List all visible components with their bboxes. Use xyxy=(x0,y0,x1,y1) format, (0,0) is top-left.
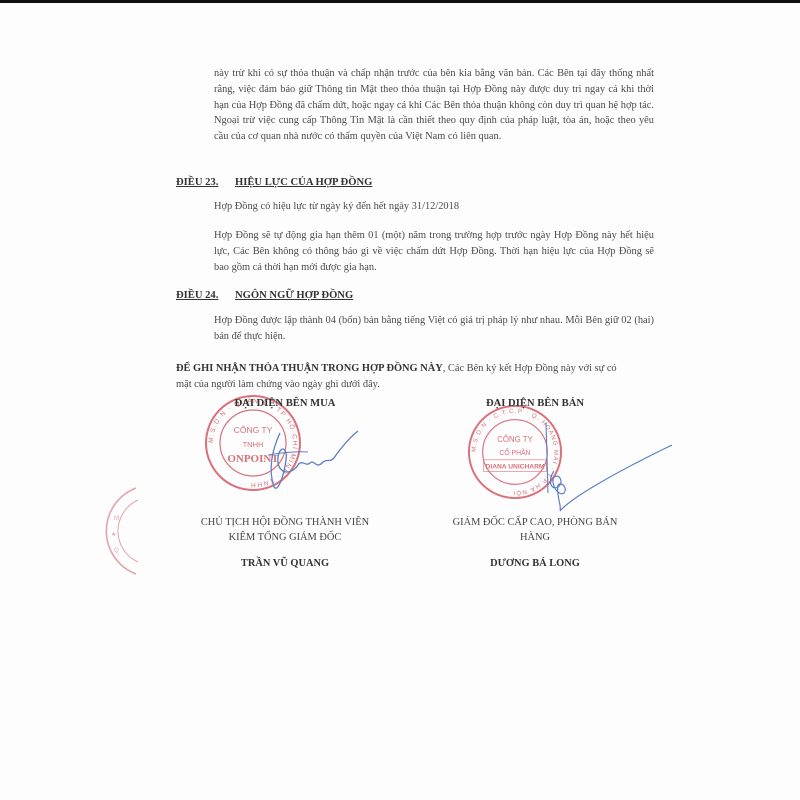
closing-statement: ĐỂ GHI NHẬN THỎA THUẬN TRONG HỢP ĐỒNG NÀ… xyxy=(176,361,622,393)
seller-role-line-2: HÀNG xyxy=(430,530,640,545)
buyer-role-line-2: KIÊM TỔNG GIÁM ĐỐC xyxy=(190,530,380,545)
svg-text:DIANA UNICHARM: DIANA UNICHARM xyxy=(486,464,545,471)
svg-text:CÔNG TY: CÔNG TY xyxy=(497,435,533,444)
seller-role-line-1: GIÁM ĐỐC CẤP CAO, PHÒNG BÁN xyxy=(430,515,640,530)
closing-bold: ĐỂ GHI NHẬN THỎA THUẬN TRONG HỢP ĐỒNG NÀ… xyxy=(176,363,443,374)
svg-text:M: M xyxy=(114,516,119,522)
seller-signatory-block: ĐẠI DIỆN BÊN BÁN xyxy=(430,398,640,409)
buyer-role-line-1: CHỦ TỊCH HỘI ĐỒNG THÀNH VIÊN xyxy=(190,515,380,530)
article-23-paragraph-1: Hợp Đồng có hiệu lực từ ngày ký đến hết … xyxy=(214,199,654,215)
svg-text:★: ★ xyxy=(111,531,116,538)
svg-text:Q: Q xyxy=(114,548,119,554)
article-23-paragraph-2: Hợp Đồng sẽ tự động gia hạn thêm 01 (một… xyxy=(214,228,654,275)
seller-signatory-details: GIÁM ĐỐC CẤP CAO, PHÒNG BÁN HÀNG DƯƠNG B… xyxy=(430,515,640,569)
svg-text:CỔ PHẦN: CỔ PHẦN xyxy=(499,447,530,457)
intro-paragraph: này trừ khi có sự thỏa thuận và chấp nhậ… xyxy=(214,66,654,145)
seller-signature xyxy=(540,415,680,515)
article-24-paragraph-1: Hợp Đồng được lập thành 04 (bốn) bản bằn… xyxy=(214,313,654,345)
contract-page: này trừ khi có sự thỏa thuận và chấp nhậ… xyxy=(0,0,800,800)
buyer-signature xyxy=(250,425,360,495)
partial-stamp-left-margin: M ★ Q xyxy=(100,486,140,576)
buyer-heading: ĐẠI DIỆN BÊN MUA xyxy=(190,398,380,409)
buyer-signatory-block: ĐẠI DIỆN BÊN MUA xyxy=(190,398,380,409)
article-23-number: ĐIỀU 23. xyxy=(176,177,218,188)
buyer-name: TRẦN VŨ QUANG xyxy=(190,558,380,569)
article-23-title: HIỆU LỰC CỦA HỢP ĐỒNG xyxy=(235,177,372,188)
article-24-number: ĐIỀU 24. xyxy=(176,290,218,301)
seller-heading: ĐẠI DIỆN BÊN BÁN xyxy=(430,398,640,409)
buyer-signatory-details: CHỦ TỊCH HỘI ĐỒNG THÀNH VIÊN KIÊM TỔNG G… xyxy=(190,515,380,569)
seller-name: DƯƠNG BÁ LONG xyxy=(430,558,640,569)
article-24-title: NGÔN NGỮ HỢP ĐỒNG xyxy=(235,290,353,301)
